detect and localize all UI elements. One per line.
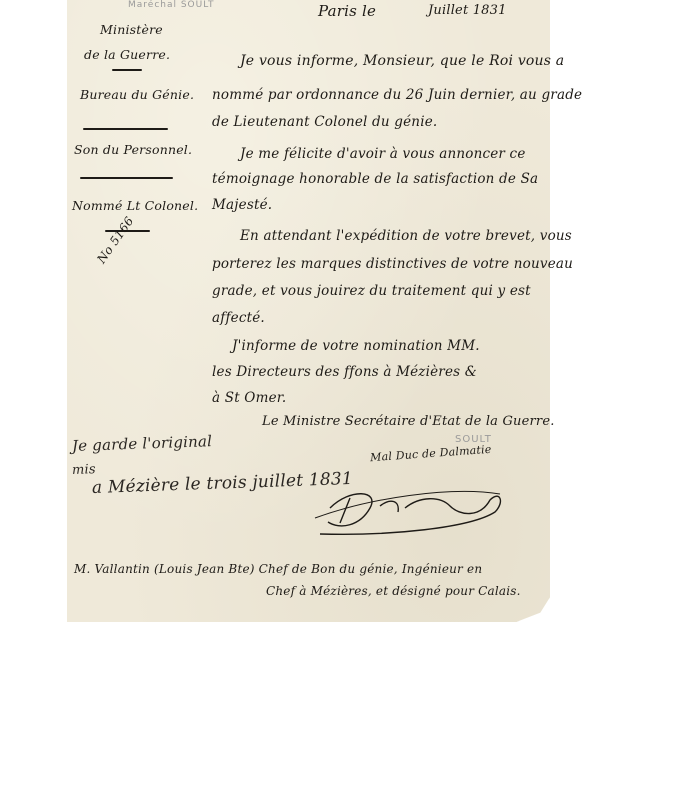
body-line-10: affecté. <box>212 310 265 326</box>
pencil-note-top: Maréchal SOULT <box>128 0 215 10</box>
closing-line: Le Ministre Secrétaire d'Etat de la Guer… <box>262 414 555 429</box>
body-line-2: nommé par ordonnance du 26 Juin dernier,… <box>212 87 582 103</box>
ministry-line2: de la Guerre. <box>84 47 170 62</box>
body-line-11: J'informe de votre nomination MM. <box>232 338 480 354</box>
date-label: Juillet 1831 <box>428 3 507 18</box>
body-line-5: témoignage honorable de la satisfaction … <box>212 171 538 187</box>
body-line-6: Majesté. <box>212 197 272 213</box>
signature-flourish <box>310 478 510 538</box>
divider-1 <box>112 69 142 71</box>
bureau-label: Bureau du Génie. <box>80 87 194 102</box>
body-line-1: Je vous informe, Monsieur, que le Roi vo… <box>240 53 564 69</box>
addressee-line2: Chef à Mézières, et désigné pour Calais. <box>266 584 521 598</box>
body-line-12: les Directeurs des ffons à Mézières & <box>212 364 477 380</box>
divider-3 <box>80 177 173 179</box>
divider-2 <box>83 128 168 130</box>
place-label: Paris le <box>318 2 376 20</box>
body-line-9: grade, et vous jouirez du traitement qui… <box>212 283 531 299</box>
body-line-4: Je me félicite d'avoir à vous annoncer c… <box>240 146 526 162</box>
ministry-line1: Ministère <box>100 22 163 37</box>
body-line-3: de Lieutenant Colonel du génie. <box>212 114 437 130</box>
addressee-line1: M. Vallantin (Louis Jean Bte) Chef de Bo… <box>74 562 482 576</box>
body-line-7: En attendant l'expédition de votre breve… <box>240 228 572 244</box>
body-line-13: à St Omer. <box>212 390 286 406</box>
subject-label: Nommé Lt Colonel. <box>72 198 198 213</box>
section-label: Son du Personnel. <box>74 142 192 157</box>
margin-annotation-line2: mis <box>72 462 96 478</box>
body-line-8: porterez les marques distinctives de vot… <box>212 256 573 272</box>
